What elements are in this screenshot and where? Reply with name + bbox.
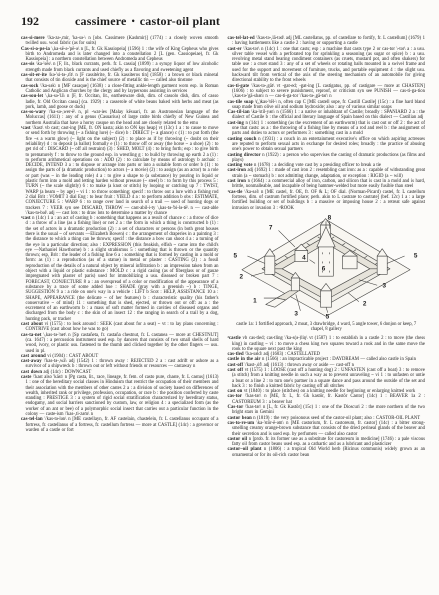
dictionary-entry: Cas-si-o-pe-ia \,ka-sē-ə-'pē-ə\ n [L, fr…	[21, 47, 219, 63]
dictionary-entry: ²cast n (14c) 1 a : an act of casting b …	[21, 216, 219, 322]
entry-headword: cas-tled	[228, 352, 244, 357]
entry-headword: cas-ti-gate	[228, 84, 250, 89]
entry-headword: ²cast	[21, 216, 31, 221]
entry-headword: cas-si-mere	[21, 36, 45, 41]
figure-callout-number: 5	[234, 253, 238, 260]
entry-headword: cas-to-re-um	[228, 421, 255, 426]
entry-headword: ¹cas-tle	[228, 190, 243, 195]
entry-headword: cast around	[21, 354, 46, 359]
entry-headword: cas-so-wary	[21, 110, 46, 115]
entry-headword: cast-iron	[228, 168, 247, 173]
dictionary-entry: ¹cast \'kast\ vb cast; cast-ing [ME, fr.…	[21, 126, 219, 216]
entry-headword: cas-tor	[228, 394, 243, 399]
entry-headword: Cas-tor	[228, 405, 244, 410]
dictionary-entry: Cas-tor \'kas-tər\ n [L, fr. Gk Kastōr] …	[228, 405, 426, 416]
entry-headword: cas-ta-net	[21, 333, 42, 338]
page-number: 192	[21, 14, 75, 28]
entry-headword: cas-tel-lat-ed	[228, 36, 255, 41]
entry-headword: cas-sis	[21, 62, 34, 67]
figure-callout-number: 2	[363, 300, 367, 307]
dictionary-entry: ²castle vb cas-tled; cas-tling \'ka-s(ə-…	[228, 336, 426, 352]
dictionary-entry: cast off vt (1575) 1 : LOOSE (cast off a…	[228, 368, 426, 389]
entry-headword: cast down	[21, 370, 42, 375]
dictionary-entry: cas-sou-let \,ka-sə-'lā\ n [F, fr. Occit…	[21, 94, 219, 110]
entry-headword: ¹cast	[21, 126, 31, 131]
dictionary-entry: cas-tile soap \(,)kas-'tēl-\ n, often ca…	[228, 100, 426, 111]
entry-headword: cast on	[228, 389, 243, 394]
figure-callout-number: 1	[253, 297, 257, 304]
dictionary-entry: cas-si-mere \'ka-zə-,mir, 'ka-sə-\ n [ob…	[21, 36, 219, 47]
entry-headword: cas-sit-er-ite	[21, 73, 47, 78]
entry-headword: casting couch	[228, 137, 257, 142]
dictionary-entry: cas-tel-lat-ed \'kas-tə-,lā-təd\ adj [ML…	[228, 36, 426, 47]
figure-callout-number: 5	[326, 313, 330, 320]
dictionary-entry: cast about vi (1575) : to look around : …	[21, 322, 219, 333]
entry-headword: cast-off	[228, 363, 244, 368]
two-column-body: cas-si-mere \'ka-zə-,mir, 'ka-sə-\ n [ob…	[21, 36, 425, 458]
dictionary-entry: cast-ing n (14c) 1 : something (as the e…	[228, 121, 426, 137]
guide-word-right: castor-oil plant	[140, 14, 220, 28]
entry-headword: casting vote	[228, 163, 253, 168]
entry-headword: cast-ing	[228, 121, 244, 126]
entry-headword: cast-er	[228, 47, 242, 52]
entry-headword: cas-tile soap	[228, 100, 254, 105]
entry-headword: casting director	[228, 153, 261, 158]
dictionary-page: 192 cassimere • castor-oil plant cas-si-…	[0, 0, 439, 595]
dictionary-entry: cast-er \'kas-tər\ n (14c) 1 : one that …	[228, 47, 426, 84]
dictionary-entry: cast iron n (1664) : a commercial alloy …	[228, 179, 426, 190]
entry-headword: cas-sou-let	[21, 94, 43, 99]
dictionary-entry: cas-sock \'ka-sək\ n [MF casaque] (1638)…	[21, 84, 219, 95]
entry-headword: cast-away	[21, 359, 42, 364]
figure-callout-number: 7	[269, 224, 273, 231]
guide-word-left: cassimere	[75, 14, 127, 28]
entry-headword: castor–oil plant	[228, 447, 262, 452]
figure-callout-number: 3	[294, 311, 298, 318]
entry-headword: Cas-si-o-pe-ia	[21, 47, 50, 52]
figure-callout-number: 2	[239, 274, 243, 281]
guide-word-separator-icon: •	[127, 14, 140, 28]
castle-figure: 875521352346 castle 1a: 1 fortified appr…	[228, 214, 426, 332]
entry-headword: cast off	[228, 368, 244, 373]
figure-caption: castle 1a: 1 fortified approach, 2 moat,…	[236, 322, 418, 332]
dictionary-entry: cas-tel-lan \'kas-tə-lən\ n [ME castella…	[21, 417, 219, 433]
figure-callout-number: 6	[322, 265, 326, 272]
entry-headword: caste	[21, 375, 31, 380]
dictionary-entry: cast-iron adj (1692) 1 : made of cast ir…	[228, 168, 426, 179]
right-column: cas-tel-lat-ed \'kas-tə-,lā-təd\ adj [ML…	[228, 36, 426, 458]
dictionary-entry: caste \'kast also 'käst\ n [Pg casta, li…	[21, 375, 219, 417]
entry-headword: castor bean	[228, 416, 252, 421]
left-column: cas-si-mere \'ka-zə-,mir, 'ka-sə-\ n [ob…	[21, 36, 219, 458]
dictionary-entry: Cas-til-ian \ka-'stil-yən\ n (1566) 1 : …	[228, 110, 426, 121]
entry-headword: cast iron	[228, 179, 247, 184]
dictionary-entry: cas-ti-gate \'kas-tə-,gāt\ vt -gat-ed; -…	[228, 84, 426, 100]
entry-headword: castor oil	[228, 437, 248, 442]
entry-headword: castle in the air	[228, 357, 261, 362]
entry-headword: Cas-til-ian	[228, 110, 250, 115]
dictionary-entry: cas-sit-er-ite \kə-'si-tə-,rīt\ n [F cas…	[21, 73, 219, 84]
dictionary-entry: casting director n (1922) : a person who…	[228, 153, 426, 164]
right-column-lower-entries: ²castle vb cas-tled; cas-tling \'ka-s(ə-…	[228, 336, 426, 458]
figure-callout-number: 4	[302, 255, 306, 262]
figure-callout-number: 3	[383, 282, 387, 289]
dictionary-entry: castor oil n [prob. fr. its former use a…	[228, 437, 426, 448]
dictionary-entry: cas-to-re-um \ka-'stōr-ē-əm\ n [ME casto…	[228, 421, 426, 437]
page-header: 192 cassimere • castor-oil plant	[21, 14, 425, 29]
entry-headword: cast about	[21, 322, 43, 327]
figure-callout-number: 5	[414, 253, 418, 260]
entry-headword: ²castle	[228, 336, 241, 341]
figure-callout-number: 8	[328, 215, 332, 222]
dictionary-entry: cas-tor \'kas-tər\ n [ME, fr. L, fr. Gk …	[228, 394, 426, 405]
dictionary-entry: ¹cas-tle \'ka-səl\ n [ME castel, fr. OE,…	[228, 190, 426, 211]
dictionary-entry: castor–oil plant n (1806) : a tropical O…	[228, 447, 426, 458]
right-column-upper-entries: cas-tel-lat-ed \'kas-tə-,lā-təd\ adj [ML…	[228, 36, 426, 211]
dictionary-entry: cas-so-wary \'ka-sə-,wer-ē\ n, pl -war-i…	[21, 110, 219, 126]
dictionary-entry: castle in the air n (1566) : an impracti…	[228, 357, 426, 362]
dictionary-entry: cas-ta-net \,kas-tə-'net\ n [Sp castañet…	[21, 333, 219, 354]
entry-headword: cas-sock	[21, 84, 38, 89]
dictionary-entry: casting couch n (1931) : a couch in an e…	[228, 137, 426, 153]
dictionary-entry: cast-away \'kas-tə-,wā\ adj (1542) 1 : t…	[21, 359, 219, 370]
entry-headword: cas-tel-lan	[21, 417, 43, 422]
castle-illustration: 875521352346	[228, 214, 424, 320]
dictionary-entry: cas-sis \ka-'sēs\ n [F, lit., black curr…	[21, 62, 219, 73]
